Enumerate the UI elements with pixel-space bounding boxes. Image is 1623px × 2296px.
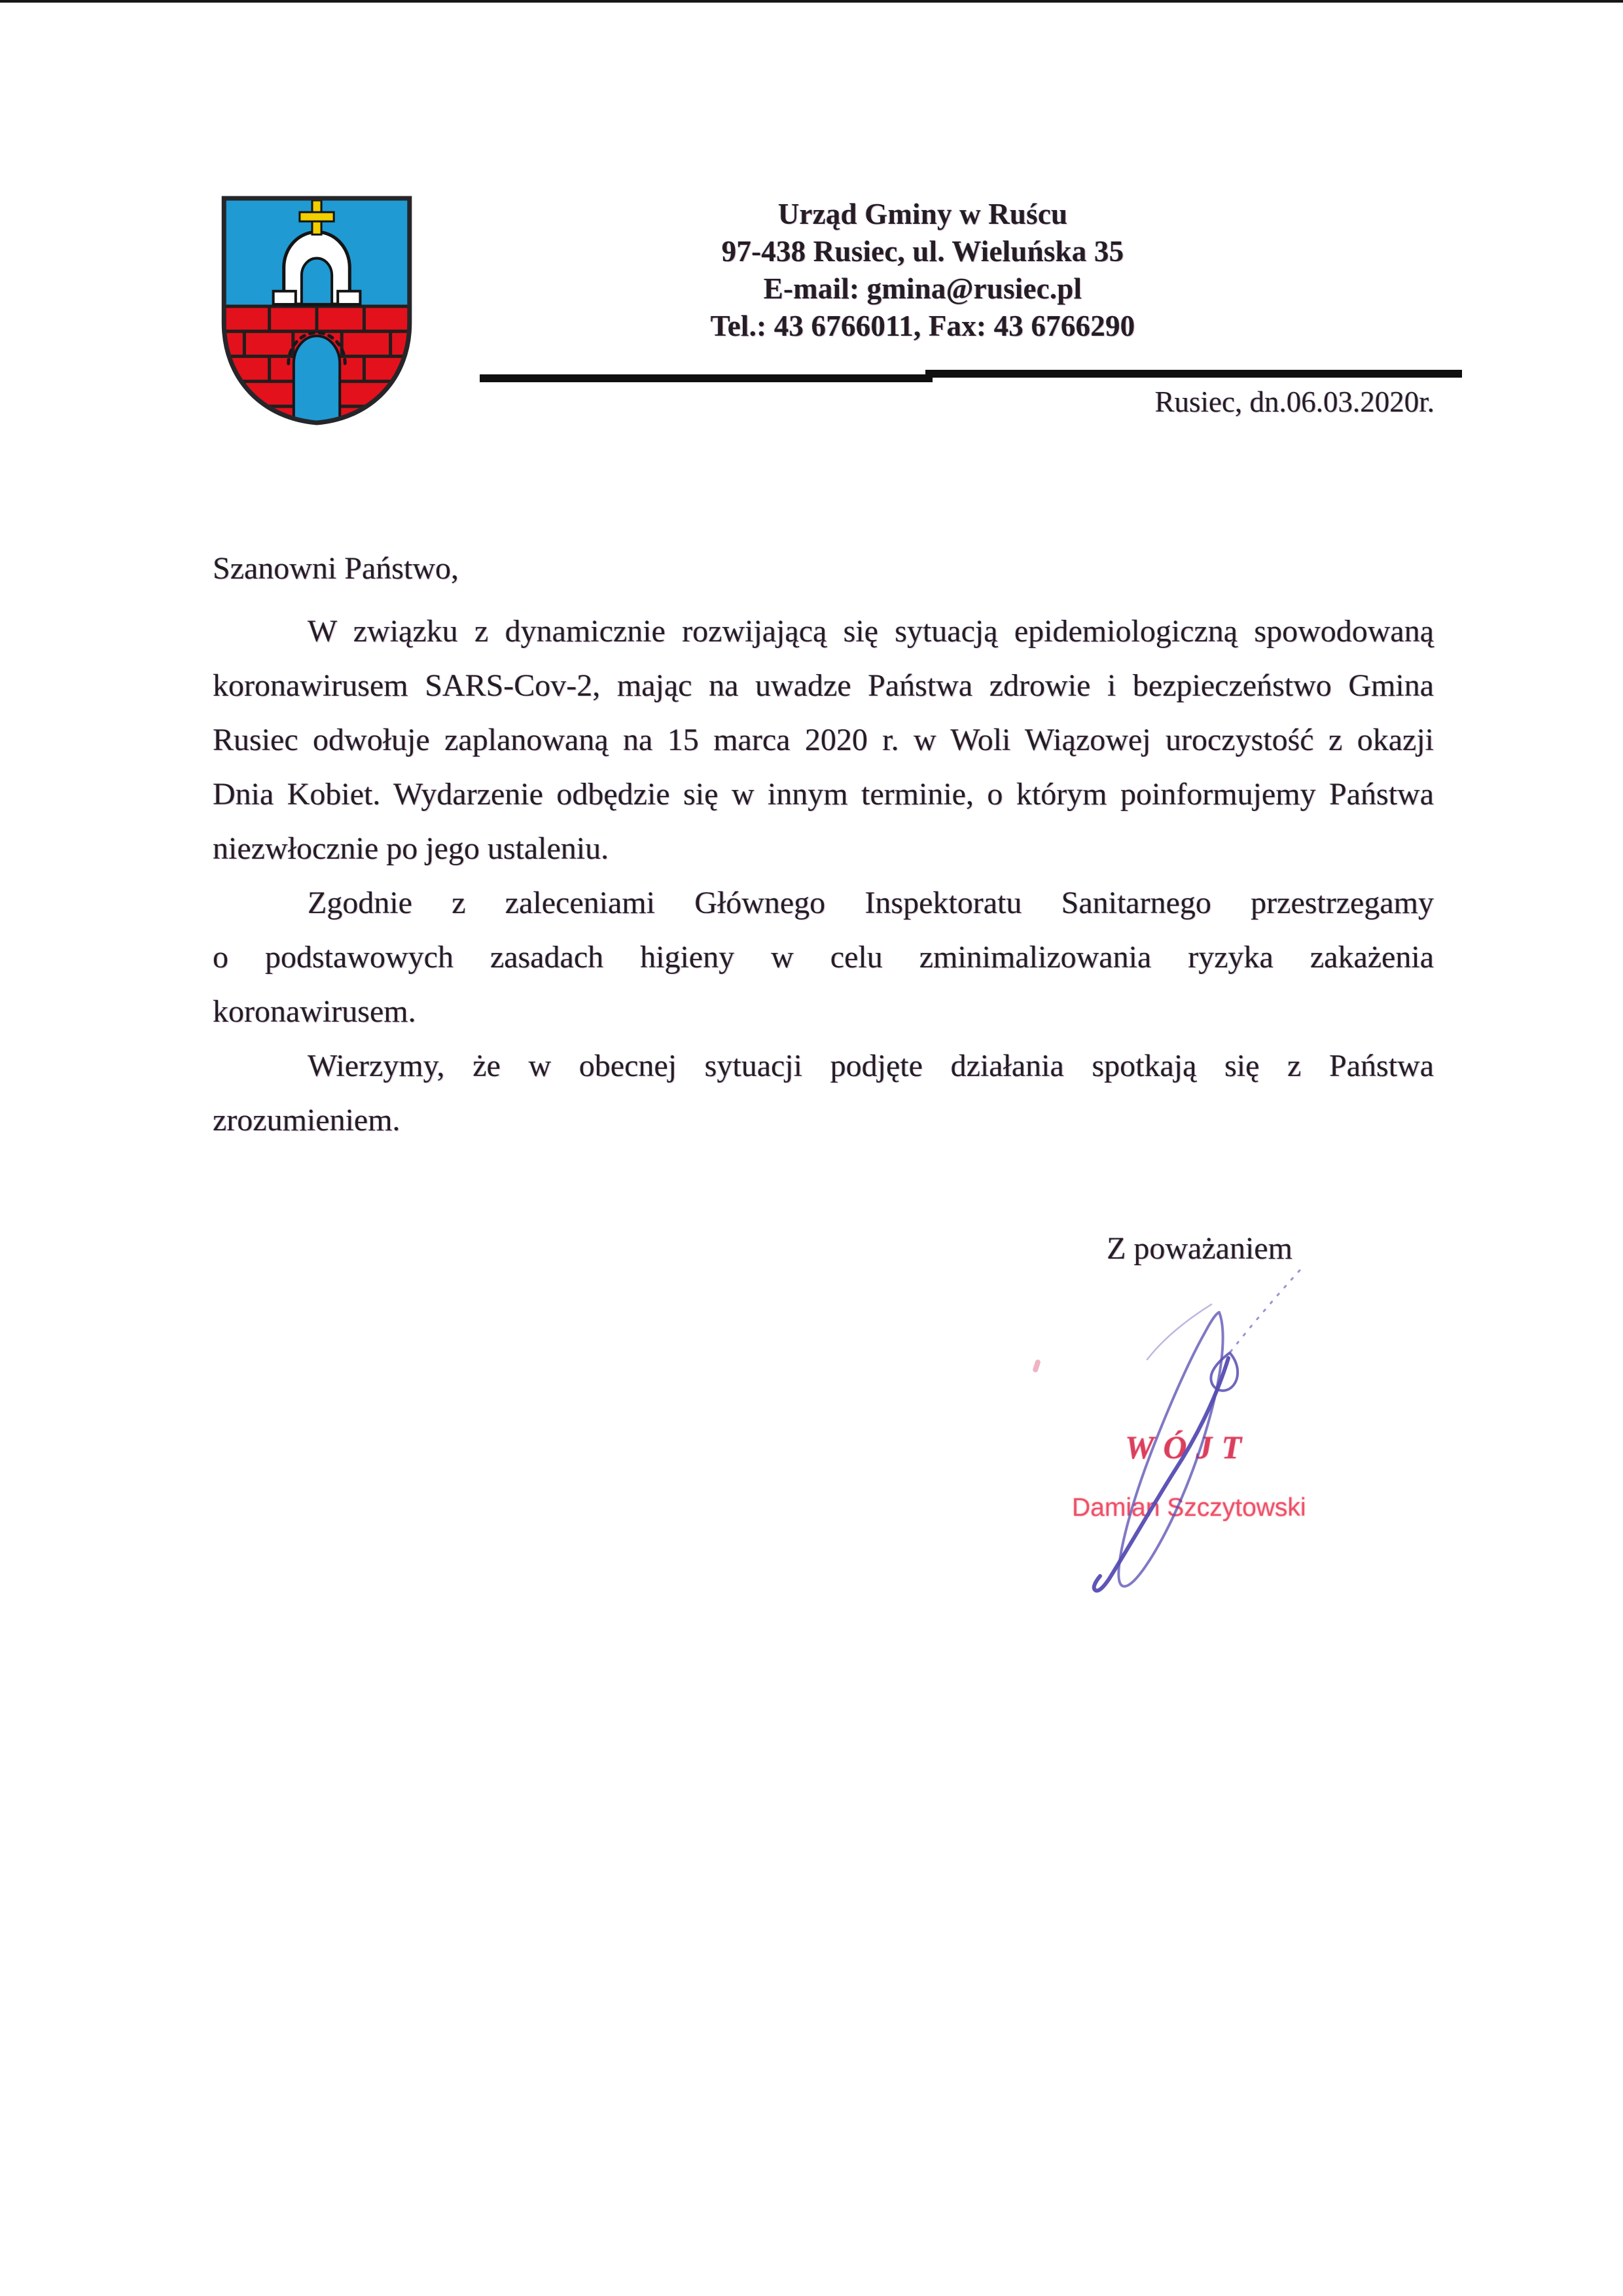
signature-handwritten [1044,1260,1319,1607]
header-divider-right [925,370,1462,378]
body-line: koronawirusem SARS-Cov-2, mając na uwadz… [213,658,1434,713]
scan-edge-artifact [0,0,1623,3]
office-email: E-mail: gmina@rusiec.pl [661,270,1185,308]
signature-faint-arc [1147,1304,1211,1359]
date-line: Rusiec, dn.06.03.2020r. [1073,384,1435,420]
letter-page: Urząd Gminy w Ruścu 97-438 Rusiec, ul. W… [0,0,1623,2296]
header-divider-left [480,374,933,382]
office-phone: Tel.: 43 6766011, Fax: 43 6766290 [661,308,1185,345]
office-address: 97-438 Rusiec, ul. Wieluńska 35 [661,233,1185,270]
body-line: koronawirusem. [213,984,1434,1039]
body-line: niezwłocznie po jego ustaleniu. [213,821,1434,876]
signature-main-stroke [1094,1358,1228,1590]
body-line: o podstawowych zasadach higieny w celu z… [213,930,1434,984]
body-line: Wierzymy, że w obecnej sytuacji podjęte … [213,1039,1434,1093]
body-line: zrozumieniem. [213,1093,1434,1147]
pink-ink-fleck [1032,1359,1041,1372]
letter-body: Szanowni Państwo, W związku z dynamiczni… [213,541,1434,1147]
signature-lead-stroke [1230,1270,1300,1353]
salutation: Szanowni Państwo, [213,541,1434,596]
body-line: Dnia Kobiet. Wydarzenie odbędzie się w i… [213,767,1434,821]
body-line: Zgodnie z zaleceniami Głównego Inspektor… [213,876,1434,930]
gate-door [294,336,340,427]
office-name: Urząd Gminy w Ruścu [661,196,1185,233]
body-line: W związku z dynamicznie rozwijającą się … [213,604,1434,658]
letterhead: Urząd Gminy w Ruścu 97-438 Rusiec, ul. W… [661,196,1185,345]
signature-big-loop [1118,1312,1222,1587]
coat-of-arms [218,194,416,427]
body-line: Rusiec odwołuje zaplanowaną na 15 marca … [213,713,1434,767]
